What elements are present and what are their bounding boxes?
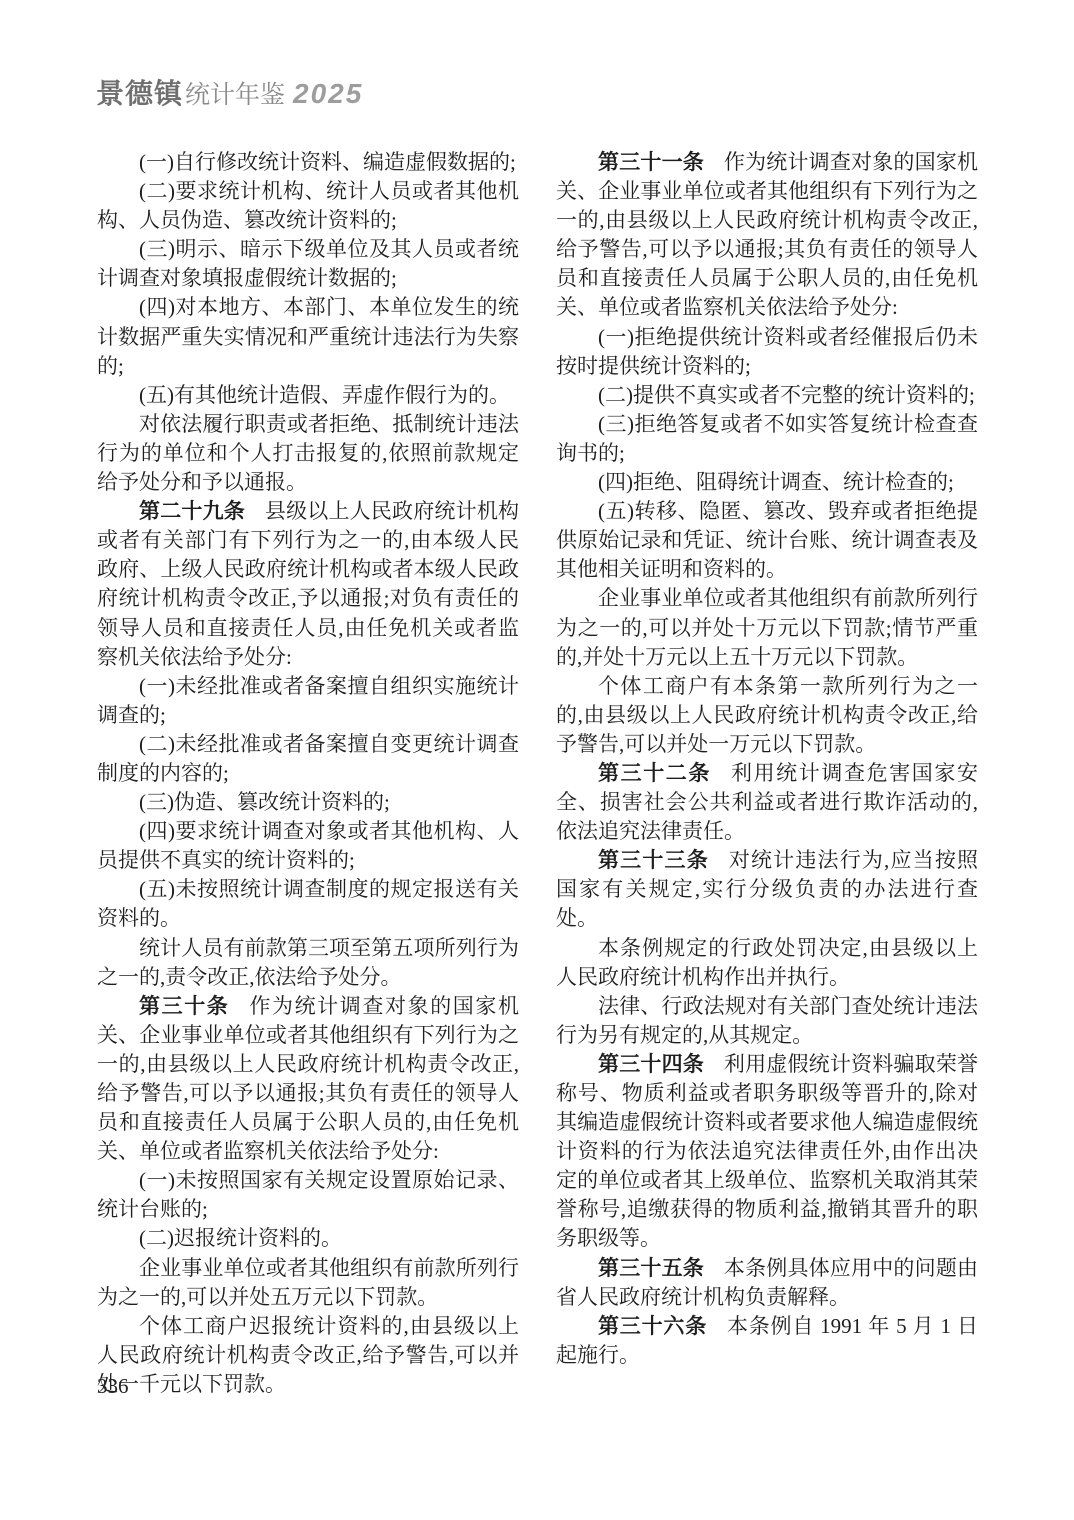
paragraph-text: (四)拒绝、阻碍统计调查、统计检查的; xyxy=(598,470,954,494)
page-number: 336 xyxy=(97,1374,129,1399)
article-paragraph: 第二十九条县级以上人民政府统计机构或者有关部门有下列行为之一的,由本级人民政府、… xyxy=(97,497,519,672)
paragraph: (一)拒绝提供统计资料或者经催报后仍未按时提供统计资料的; xyxy=(556,323,978,381)
paragraph: (二)未经批准或者备案擅自变更统计调查制度的内容的; xyxy=(97,730,519,788)
paragraph-text: (三)拒绝答复或者不如实答复统计检查查询书的; xyxy=(556,412,978,465)
paragraph: 法律、行政法规对有关部门查处统计违法行为另有规定的,从其规定。 xyxy=(556,992,978,1050)
paragraph: (二)提供不真实或者不完整的统计资料的; xyxy=(556,381,978,410)
paragraph-text: (一)未经批准或者备案擅自组织实施统计调查的; xyxy=(97,674,519,727)
paragraph: (一)自行修改统计资料、编造虚假数据的; xyxy=(97,148,519,177)
yearbook-logo-year: 2025 xyxy=(293,78,363,109)
yearbook-logo-title: 统计年鉴 xyxy=(185,81,285,109)
paragraph: (五)未按照统计调查制度的规定报送有关资料的。 xyxy=(97,875,519,933)
paragraph-text: (二)提供不真实或者不完整的统计资料的; xyxy=(598,383,975,407)
article-number: 第三十条 xyxy=(139,994,229,1018)
paragraph-text: 作为统计调查对象的国家机关、企业事业单位或者其他组织有下列行为之一的,由县级以上… xyxy=(556,150,978,319)
article-number: 第三十三条 xyxy=(598,848,709,872)
paragraph: (一)未经批准或者备案擅自组织实施统计调查的; xyxy=(97,672,519,730)
paragraph-text: (三)伪造、篡改统计资料的; xyxy=(139,790,390,814)
paragraph: (二)迟报统计资料的。 xyxy=(97,1224,519,1253)
paragraph-text: (二)要求统计机构、统计人员或者其他机构、人员伪造、篡改统计资料的; xyxy=(97,179,519,232)
paragraph-text: (一)未按照国家有关规定设置原始记录、统计台账的; xyxy=(97,1168,519,1221)
paragraph-text: (一)自行修改统计资料、编造虚假数据的; xyxy=(139,150,516,174)
paragraph: (一)未按照国家有关规定设置原始记录、统计台账的; xyxy=(97,1166,519,1224)
paragraph: 企业事业单位或者其他组织有前款所列行为之一的,可以并处五万元以下罚款。 xyxy=(97,1254,519,1312)
article-number: 第二十九条 xyxy=(139,499,245,523)
yearbook-logo: 景德镇统计年鉴2025 xyxy=(96,72,363,112)
paragraph-text: 企业事业单位或者其他组织有前款所列行为之一的,可以并处五万元以下罚款。 xyxy=(97,1256,519,1309)
paragraph: (三)伪造、篡改统计资料的; xyxy=(97,788,519,817)
article-number: 第三十一条 xyxy=(598,150,704,174)
paragraph-text: (五)转移、隐匿、篡改、毁弃或者拒绝提供原始记录和凭证、统计台账、统计调查表及其… xyxy=(556,499,978,581)
article-paragraph: 第三十四条利用虚假统计资料骗取荣誉称号、物质利益或者职务职级等晋升的,除对其编造… xyxy=(556,1050,978,1254)
paragraph-text: (四)要求统计调查对象或者其他机构、人员提供不真实的统计资料的; xyxy=(97,819,519,872)
article-number: 第三十五条 xyxy=(598,1256,704,1280)
article-number: 第三十四条 xyxy=(598,1052,704,1076)
paragraph: (三)明示、暗示下级单位及其人员或者统计调查对象填报虚假统计数据的; xyxy=(97,235,519,293)
paragraph-text: (一)拒绝提供统计资料或者经催报后仍未按时提供统计资料的; xyxy=(556,325,978,378)
paragraph: 个体工商户有本条第一款所列行为之一的,由县级以上人民政府统计机构责令改正,给予警… xyxy=(556,672,978,759)
paragraph: (四)对本地方、本部门、本单位发生的统计数据严重失实情况和严重统计违法行为失察的… xyxy=(97,293,519,380)
paragraph-text: 个体工商户有本条第一款所列行为之一的,由县级以上人民政府统计机构责令改正,给予警… xyxy=(556,674,978,756)
paragraph-text: 利用虚假统计资料骗取荣誉称号、物质利益或者职务职级等晋升的,除对其编造虚假统计资… xyxy=(556,1052,978,1251)
paragraph-text: 法律、行政法规对有关部门查处统计违法行为另有规定的,从其规定。 xyxy=(556,994,978,1047)
paragraph: 企业事业单位或者其他组织有前款所列行为之一的,可以并处十万元以下罚款;情节严重的… xyxy=(556,584,978,671)
paragraph-text: (四)对本地方、本部门、本单位发生的统计数据严重失实情况和严重统计违法行为失察的… xyxy=(97,295,519,377)
paragraph-text: 本条例规定的行政处罚决定,由县级以上人民政府统计机构作出并执行。 xyxy=(556,936,978,989)
right-column: 第三十一条作为统计调查对象的国家机关、企业事业单位或者其他组织有下列行为之一的,… xyxy=(556,148,978,1399)
paragraph: 个体工商户迟报统计资料的,由县级以上人民政府统计机构责令改正,给予警告,可以并处… xyxy=(97,1312,519,1399)
paragraph-text: 企业事业单位或者其他组织有前款所列行为之一的,可以并处十万元以下罚款;情节严重的… xyxy=(556,586,978,668)
paragraph: (二)要求统计机构、统计人员或者其他机构、人员伪造、篡改统计资料的; xyxy=(97,177,519,235)
two-column-text-body: (一)自行修改统计资料、编造虚假数据的;(二)要求统计机构、统计人员或者其他机构… xyxy=(97,148,979,1399)
article-number: 第三十六条 xyxy=(598,1314,707,1338)
paragraph: (四)拒绝、阻碍统计调查、统计检查的; xyxy=(556,468,978,497)
paragraph-text: (三)明示、暗示下级单位及其人员或者统计调查对象填报虚假统计数据的; xyxy=(97,237,519,290)
left-column: (一)自行修改统计资料、编造虚假数据的;(二)要求统计机构、统计人员或者其他机构… xyxy=(97,148,519,1399)
yearbook-page: 景德镇统计年鉴2025 (一)自行修改统计资料、编造虚假数据的;(二)要求统计机… xyxy=(0,0,1074,1520)
article-paragraph: 第三十三条对统计违法行为,应当按照国家有关规定,实行分级负责的办法进行查处。 xyxy=(556,846,978,933)
paragraph-text: 个体工商户迟报统计资料的,由县级以上人民政府统计机构责令改正,给予警告,可以并处… xyxy=(97,1314,519,1396)
paragraph-text: 对依法履行职责或者拒绝、抵制统计违法行为的单位和个人打击报复的,依照前款规定给予… xyxy=(97,412,519,494)
article-paragraph: 第三十二条利用统计调查危害国家安全、损害社会公共利益或者进行欺诈活动的,依法追究… xyxy=(556,759,978,846)
paragraph-text: (五)有其他统计造假、弄虚作假行为的。 xyxy=(139,383,510,407)
article-number: 第三十二条 xyxy=(598,761,711,785)
paragraph-text: 统计人员有前款第三项至第五项所列行为之一的,责令改正,依法给予处分。 xyxy=(97,936,519,989)
paragraph: (五)转移、隐匿、篡改、毁弃或者拒绝提供原始记录和凭证、统计台账、统计调查表及其… xyxy=(556,497,978,584)
article-paragraph: 第三十五条本条例具体应用中的问题由省人民政府统计机构负责解释。 xyxy=(556,1254,978,1312)
paragraph: 统计人员有前款第三项至第五项所列行为之一的,责令改正,依法给予处分。 xyxy=(97,934,519,992)
paragraph: (四)要求统计调查对象或者其他机构、人员提供不真实的统计资料的; xyxy=(97,817,519,875)
paragraph-text: (五)未按照统计调查制度的规定报送有关资料的。 xyxy=(97,877,519,930)
yearbook-logo-city: 景德镇 xyxy=(96,78,183,109)
paragraph: (五)有其他统计造假、弄虚作假行为的。 xyxy=(97,381,519,410)
paragraph: 对依法履行职责或者拒绝、抵制统计违法行为的单位和个人打击报复的,依照前款规定给予… xyxy=(97,410,519,497)
paragraph-text: 县级以上人民政府统计机构或者有关部门有下列行为之一的,由本级人民政府、上级人民政… xyxy=(97,499,519,668)
paragraph: (三)拒绝答复或者不如实答复统计检查查询书的; xyxy=(556,410,978,468)
paragraph: 本条例规定的行政处罚决定,由县级以上人民政府统计机构作出并执行。 xyxy=(556,934,978,992)
paragraph-text: 作为统计调查对象的国家机关、企业事业单位或者其他组织有下列行为之一的,由县级以上… xyxy=(97,994,519,1163)
paragraph-text: (二)迟报统计资料的。 xyxy=(139,1226,342,1250)
article-paragraph: 第三十一条作为统计调查对象的国家机关、企业事业单位或者其他组织有下列行为之一的,… xyxy=(556,148,978,323)
article-paragraph: 第三十六条本条例自 1991 年 5 月 1 日起施行。 xyxy=(556,1312,978,1370)
article-paragraph: 第三十条作为统计调查对象的国家机关、企业事业单位或者其他组织有下列行为之一的,由… xyxy=(97,992,519,1167)
paragraph-text: (二)未经批准或者备案擅自变更统计调查制度的内容的; xyxy=(97,732,519,785)
